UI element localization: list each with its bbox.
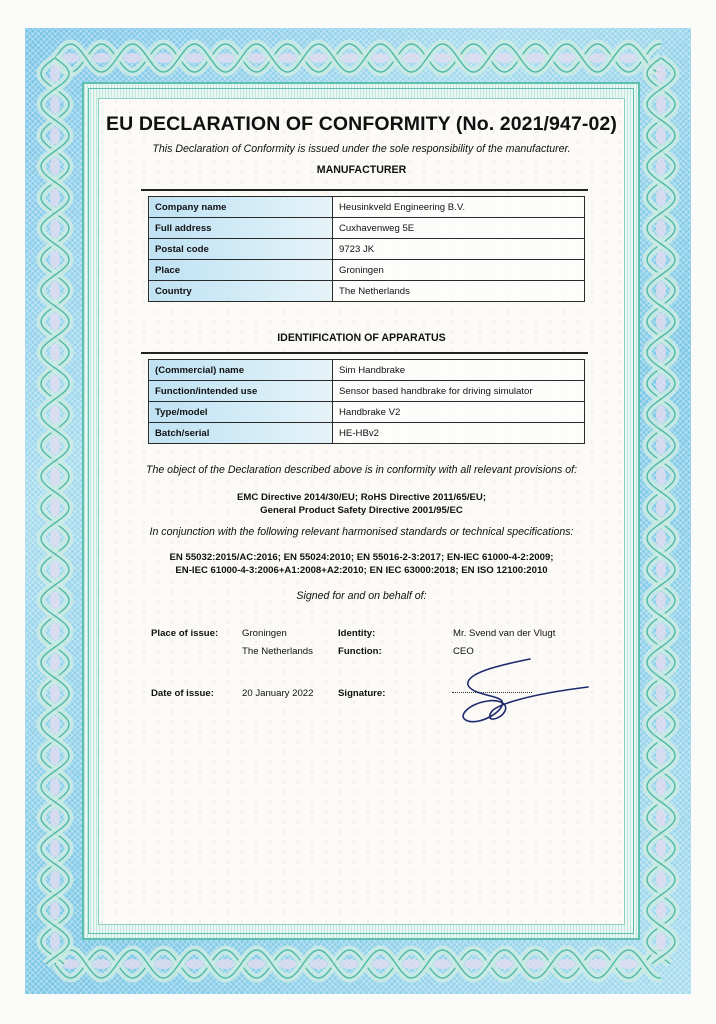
place-of-issue-country: The Netherlands xyxy=(242,646,313,657)
standards-line-2: EN-IEC 61000-4-3:2006+A1:2008+A2:2010; E… xyxy=(98,564,625,577)
row-label: Full address xyxy=(149,218,333,239)
table-row: Postal code 9723 JK xyxy=(149,239,585,260)
conformity-intro: The object of the Declaration described … xyxy=(98,464,625,476)
section-rule xyxy=(141,352,588,354)
row-value: The Netherlands xyxy=(333,281,585,302)
row-value: Sim Handbrake xyxy=(333,360,585,381)
row-label: Company name xyxy=(149,197,333,218)
row-value: HE-HBv2 xyxy=(333,423,585,444)
date-of-issue-value: 20 January 2022 xyxy=(242,688,313,699)
table-row: Company name Heusinkveld Engineering B.V… xyxy=(149,197,585,218)
table-row: Full address Cuxhavenweg 5E xyxy=(149,218,585,239)
row-value: Sensor based handbrake for driving simul… xyxy=(333,381,585,402)
row-value: 9723 JK xyxy=(333,239,585,260)
document-header: EU DECLARATION OF CONFORMITY (No. 2021/9… xyxy=(98,98,625,176)
row-label: Place xyxy=(149,260,333,281)
section-rule xyxy=(141,189,588,191)
row-label: (Commercial) name xyxy=(149,360,333,381)
row-value: Groningen xyxy=(333,260,585,281)
row-label: Type/model xyxy=(149,402,333,423)
table-row: Place Groningen xyxy=(149,260,585,281)
document-title: EU DECLARATION OF CONFORMITY (No. 2021/9… xyxy=(98,113,625,136)
manufacturer-table: Company name Heusinkveld Engineering B.V… xyxy=(148,196,585,302)
apparatus-table: (Commercial) name Sim Handbrake Function… xyxy=(148,359,585,444)
row-label: Country xyxy=(149,281,333,302)
place-of-issue-city: Groningen xyxy=(242,628,287,639)
handwritten-signature xyxy=(440,655,610,740)
table-row: Country The Netherlands xyxy=(149,281,585,302)
row-label: Batch/serial xyxy=(149,423,333,444)
directives-line-1: EMC Directive 2014/30/EU; RoHS Directive… xyxy=(98,491,625,504)
row-value: Heusinkveld Engineering B.V. xyxy=(333,197,585,218)
table-row: Batch/serial HE-HBv2 xyxy=(149,423,585,444)
table-row: Type/model Handbrake V2 xyxy=(149,402,585,423)
place-of-issue-label: Place of issue: xyxy=(151,628,218,639)
row-label: Postal code xyxy=(149,239,333,260)
row-value: Handbrake V2 xyxy=(333,402,585,423)
manufacturer-heading: MANUFACTURER xyxy=(98,164,625,176)
signature-label: Signature: xyxy=(338,688,385,699)
signed-for-text: Signed for and on behalf of: xyxy=(98,590,625,602)
document-subtitle: This Declaration of Conformity is issued… xyxy=(98,143,625,155)
standards-line-1: EN 55032:2015/AC:2016; EN 55024:2010; EN… xyxy=(98,551,625,564)
table-row: Function/intended use Sensor based handb… xyxy=(149,381,585,402)
table-row: (Commercial) name Sim Handbrake xyxy=(149,360,585,381)
row-label: Function/intended use xyxy=(149,381,333,402)
function-label: Function: xyxy=(338,646,382,657)
row-value: Cuxhavenweg 5E xyxy=(333,218,585,239)
identity-value: Mr. Svend van der Vlugt xyxy=(453,628,555,639)
date-of-issue-label: Date of issue: xyxy=(151,688,214,699)
identity-label: Identity: xyxy=(338,628,375,639)
directives-line-2: General Product Safety Directive 2001/95… xyxy=(98,504,625,517)
apparatus-heading: IDENTIFICATION OF APPARATUS xyxy=(98,332,625,344)
standards-intro: In conjunction with the following releva… xyxy=(98,526,625,538)
